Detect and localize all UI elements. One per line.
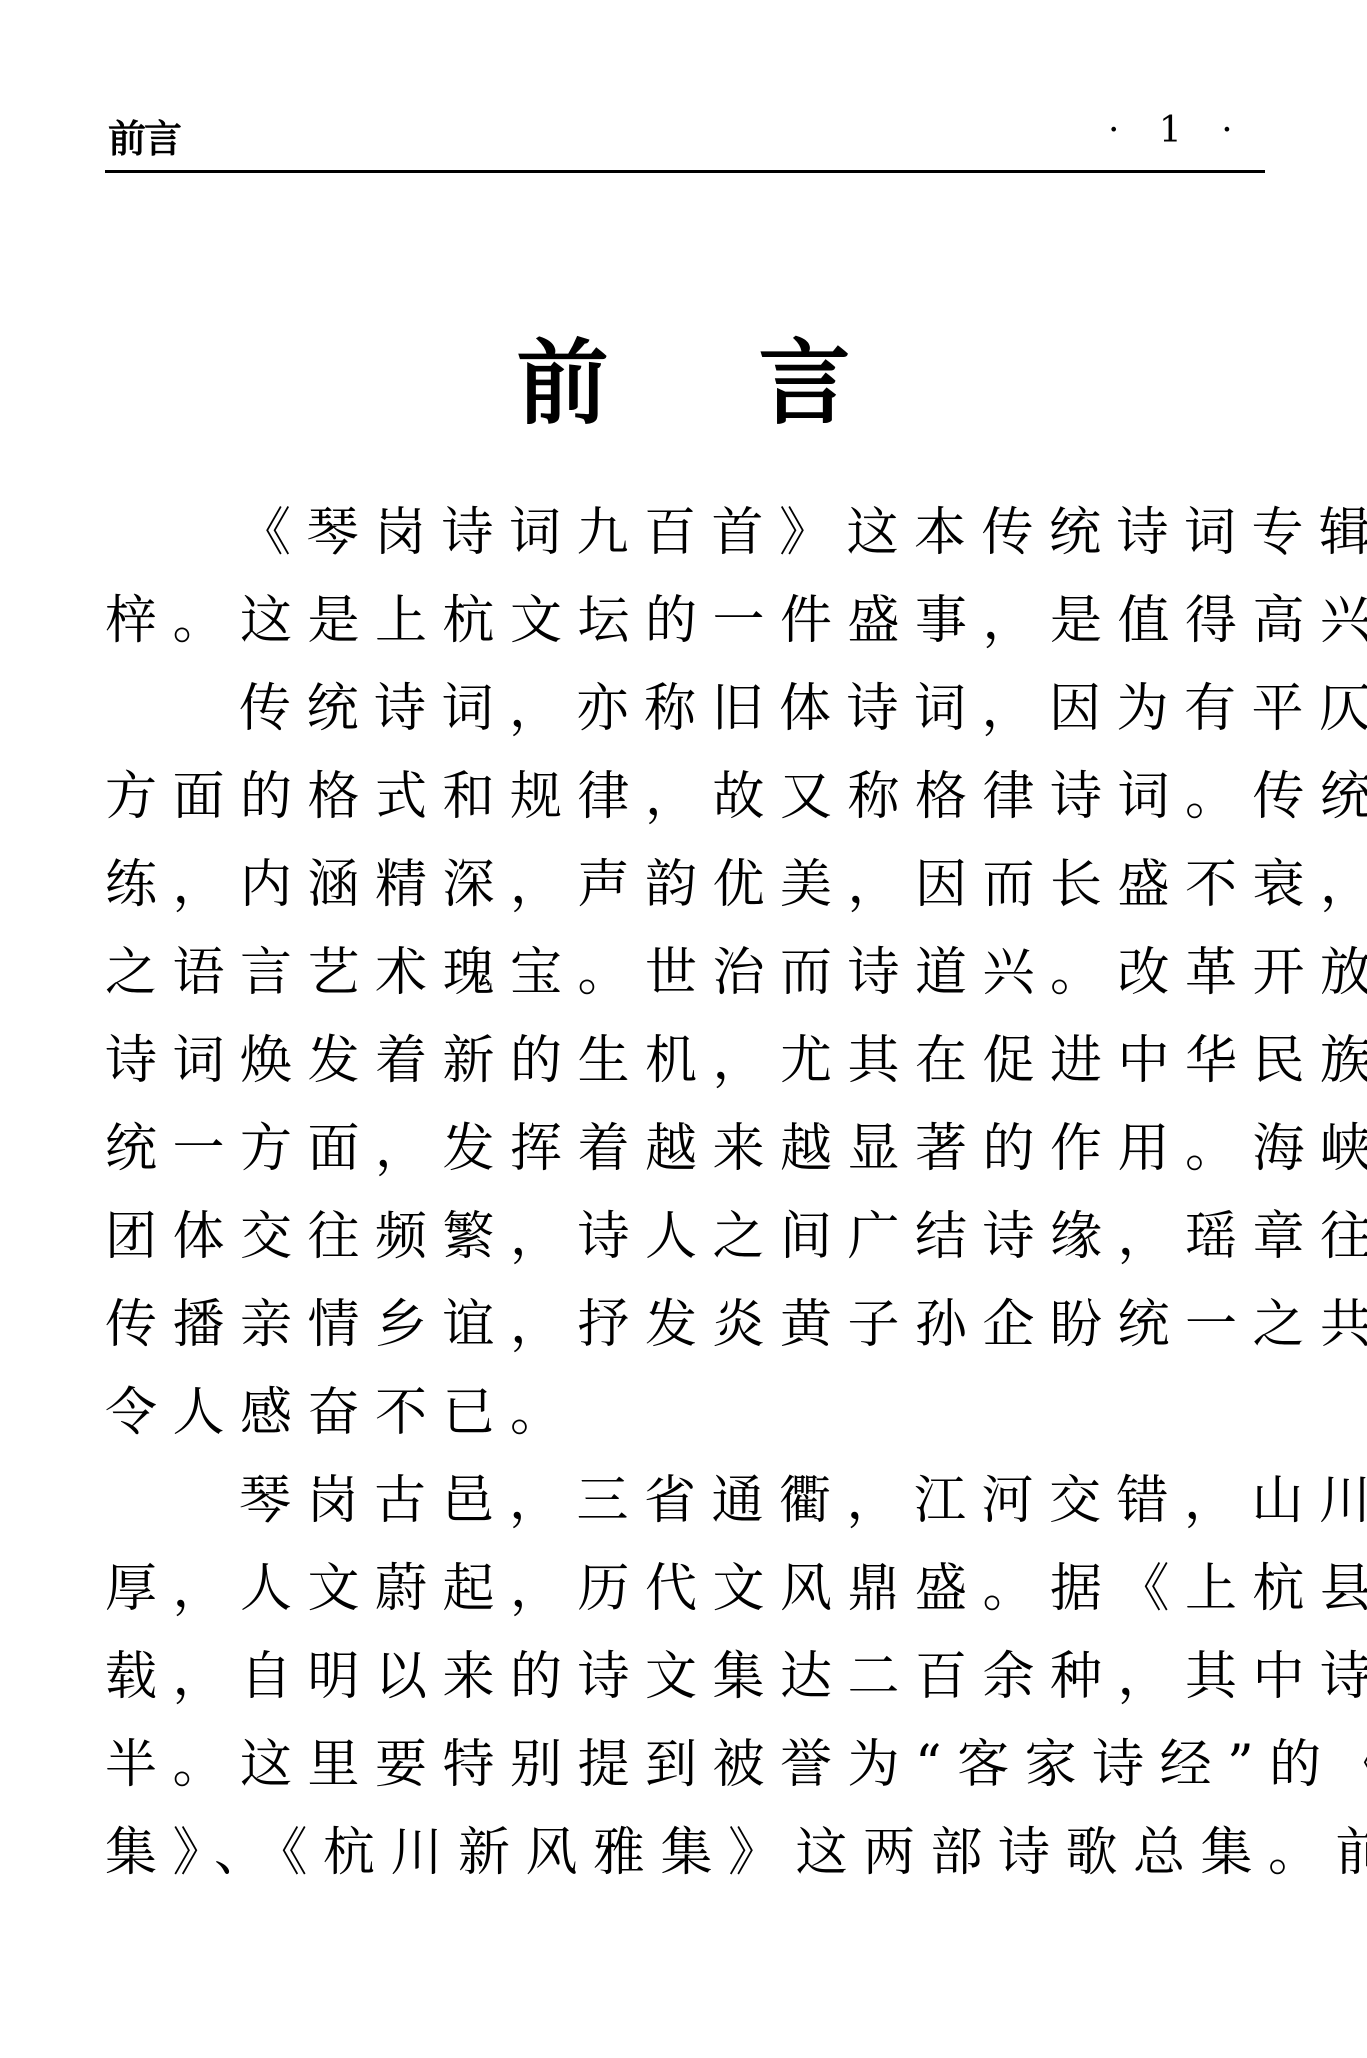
text-line: 传统诗词，亦称旧体诗词，因为有平仄、对仗、押韵等: [105, 671, 1275, 759]
text-line: 传播亲情乡谊，抒发炎黄子孙企盼统一之共同心声，着实: [105, 1287, 1275, 1375]
text-line: 载，自明以来的诗文集达二百余种，其中诗词专集将近一: [105, 1639, 1275, 1727]
text-line: 半。这里要特别提到被誉为“客家诗经”的《杭川风雅: [105, 1727, 1275, 1815]
text-line: 令人感奋不已。: [105, 1375, 1275, 1463]
text-line: 团体交往频繁，诗人之间广结诗缘，瑶章往返，以诗会友，: [105, 1199, 1275, 1287]
page-number: · 1 ·: [1108, 110, 1247, 151]
text-line: 诗词焕发着新的生机，尤其在促进中华民族的大团结、大: [105, 1023, 1275, 1111]
text-line: 统一方面，发挥着越来越显著的作用。海峡两岸的诗词: [105, 1111, 1275, 1199]
text-line: 梓。这是上杭文坛的一件盛事，是值得高兴和庆贺的！: [105, 583, 1275, 671]
text-line: 《琴岗诗词九百首》这本传统诗词专辑，终于定稿付: [105, 495, 1275, 583]
header-rule: [105, 170, 1265, 173]
text-line: 之语言艺术瑰宝。世治而诗道兴。改革开放以来，传统: [105, 935, 1275, 1023]
page-title: 前言: [0, 310, 1367, 442]
text-line: 琴岗古邑，三省通衢，江河交错，山川灵秀，民风淳: [105, 1463, 1275, 1551]
text-line: 方面的格式和规律，故又称格律诗词。传统诗词语言洗: [105, 759, 1275, 847]
text-line: 集》、《杭川新风雅集》这两部诗歌总集。前者为明代李颖: [105, 1815, 1275, 1903]
text-line: 厚，人文蔚起，历代文风鼎盛。据《上杭县志·艺文志》记: [105, 1551, 1275, 1639]
running-head-title: 前言: [108, 108, 180, 163]
body-text: 《琴岗诗词九百首》这本传统诗词专辑，终于定稿付 梓。这是上杭文坛的一件盛事，是值…: [105, 495, 1275, 1903]
text-line: 练，内涵精深，声韵优美，因而长盛不衰，是世界独一无二: [105, 847, 1275, 935]
